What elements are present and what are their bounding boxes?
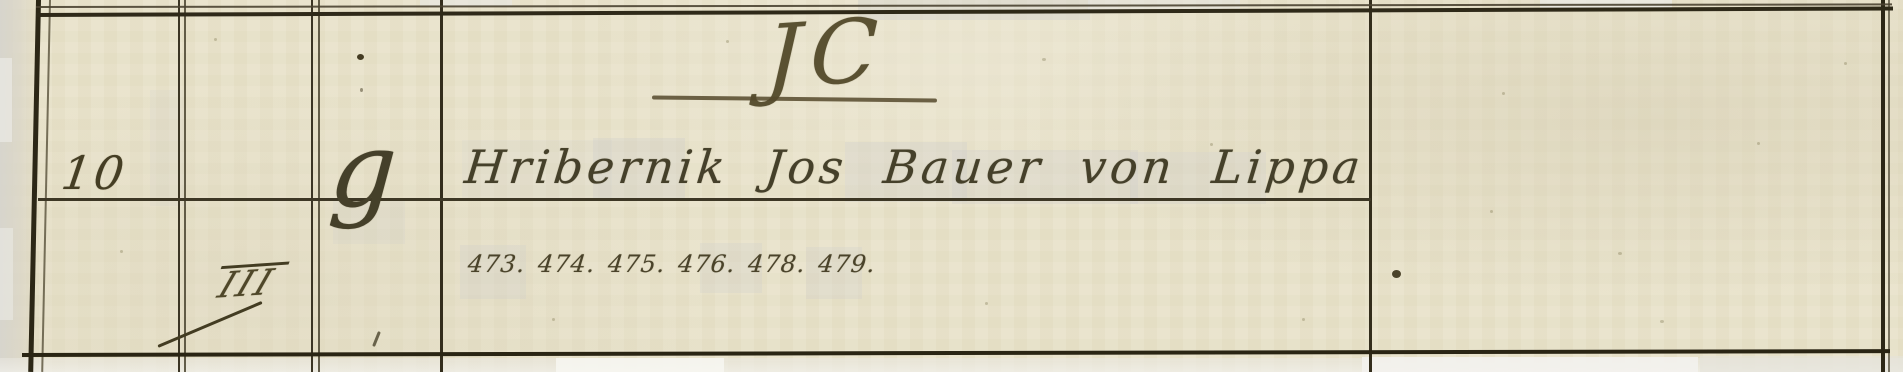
column-rule-1-thin	[41, 0, 51, 372]
column-rule-6-thin	[1888, 0, 1890, 372]
ink-blot	[360, 88, 363, 92]
paper-fleck	[1042, 58, 1046, 61]
paper-fleck	[552, 318, 555, 321]
reference-numbers: 473. 474. 475. 476. 478. 479.	[467, 252, 877, 276]
row-rule-top-thick	[36, 7, 1893, 17]
scan-artifact	[1362, 357, 1698, 372]
column-rule-3a	[311, 0, 313, 372]
paper-fleck	[214, 38, 217, 41]
paper-fleck	[726, 40, 729, 43]
row-divider-rule	[38, 198, 1371, 201]
column-rule-4	[440, 0, 443, 372]
scan-artifact	[0, 228, 13, 320]
row-number: 10	[59, 150, 130, 196]
paper-fleck	[1302, 318, 1305, 321]
column-rule-1-thick	[28, 0, 41, 372]
entry-name: Hribernik Jos Bauer von Lippa	[463, 144, 1367, 190]
header-monogram: JC	[764, 6, 888, 102]
column-rule-2a	[178, 0, 180, 372]
scan-artifact	[1700, 356, 1903, 372]
scan-margin-bottom	[0, 358, 1903, 372]
column-rule-3b	[318, 0, 320, 372]
paper-fleck	[985, 302, 988, 305]
numeral-flourish-tail	[157, 301, 262, 348]
paper-fleck	[1660, 320, 1664, 323]
paper-fleck	[1757, 142, 1760, 145]
ink-blot	[1392, 270, 1401, 278]
ink-blot	[357, 54, 364, 60]
paper-fleck	[1844, 62, 1847, 65]
paper-fleck	[1618, 252, 1622, 255]
column-rule-6-thick	[1881, 0, 1885, 372]
paper-fleck	[1502, 92, 1505, 95]
column-rule-5	[1369, 0, 1372, 372]
row-rule-bottom	[22, 349, 1890, 357]
column-rule-2b	[184, 0, 186, 372]
scan-artifact	[0, 58, 12, 142]
paper-fleck	[1490, 210, 1493, 213]
initial-letter: g	[326, 118, 400, 222]
paper-fleck	[1210, 143, 1213, 146]
paper-fleck	[120, 250, 123, 253]
scanned-ledger-page: JC 10 III g Hribernik Jos Bauer von Lipp…	[0, 0, 1903, 372]
ink-tick-mark	[372, 331, 381, 347]
section-numeral: III	[206, 262, 289, 308]
scan-artifact	[556, 358, 724, 372]
